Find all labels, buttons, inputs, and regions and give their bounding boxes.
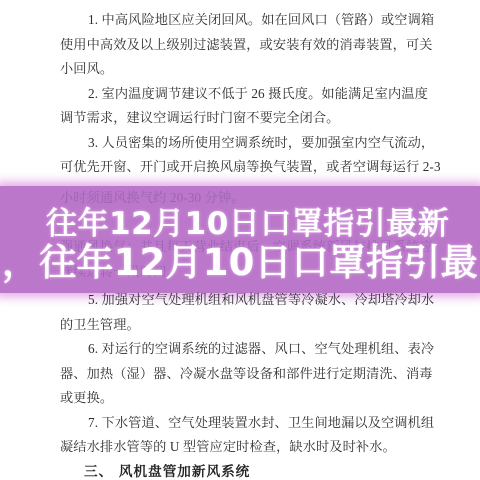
document-line: 可优先开窗、开门或开启换风扇等换气装置，或者空调每运行 2-3 — [60, 155, 432, 180]
document-bottom-block: 5. 加强对空气处理机组和风机盘管等冷凝水、冷却塔冷却水 的卫生管理。 6. 对… — [60, 288, 432, 480]
document-line: 调节需求，建议空调运行时门窗不要完全闭合。 — [60, 106, 432, 131]
banner-title-line-2: ，往年12月10日口罩指引最 — [2, 232, 478, 286]
document-line: 5. 加强对空气处理机组和风机盘管等冷凝水、冷却塔冷却水 — [60, 288, 432, 313]
document-line: 小回风。 — [60, 57, 432, 82]
document-line: 7. 下水管道、空气处理装置水封、卫生间地漏以及空调机组 — [60, 411, 432, 436]
document-line: 或更换。 — [60, 386, 432, 411]
document-line: 1. 中高风险地区应关闭回风。如在回风口（管路）或空调箱 — [60, 8, 432, 33]
document-line: 使用中高效及以上级别过滤装置，或安装有效的消毒装置，可关 — [60, 33, 432, 58]
title-overlay-banner: 小时须通风换气约 20-30 分钟。 强通风换气；并且每天营业结束后，空调系统新… — [0, 186, 480, 293]
document-line: 器、加热（湿）器、冷凝水盘等设备和部件进行定期清洗、消毒 — [60, 362, 432, 387]
section-heading: 三、 风机盘管加新风系统 — [60, 460, 432, 480]
document-line: 2. 室内温度调节建议不低于 26 摄氏度。如能满足室内温度 — [60, 82, 432, 107]
document-line: 3. 人员密集的场所使用空调系统时，要加强室内空气流动， — [60, 131, 432, 156]
document-page: 1. 中高风险地区应关闭回风。如在回风口（管路）或空调箱 使用中高效及以上级别过… — [0, 0, 480, 480]
document-top-block: 1. 中高风险地区应关闭回风。如在回风口（管路）或空调箱 使用中高效及以上级别过… — [60, 8, 432, 180]
document-line: 凝结水排水管等的 U 型管应定时检查，缺水时及时补水。 — [60, 435, 432, 460]
document-line: 的卫生管理。 — [60, 313, 432, 338]
document-line: 6. 对运行的空调系统的过滤器、风口、空气处理机组、表冷 — [60, 337, 432, 362]
